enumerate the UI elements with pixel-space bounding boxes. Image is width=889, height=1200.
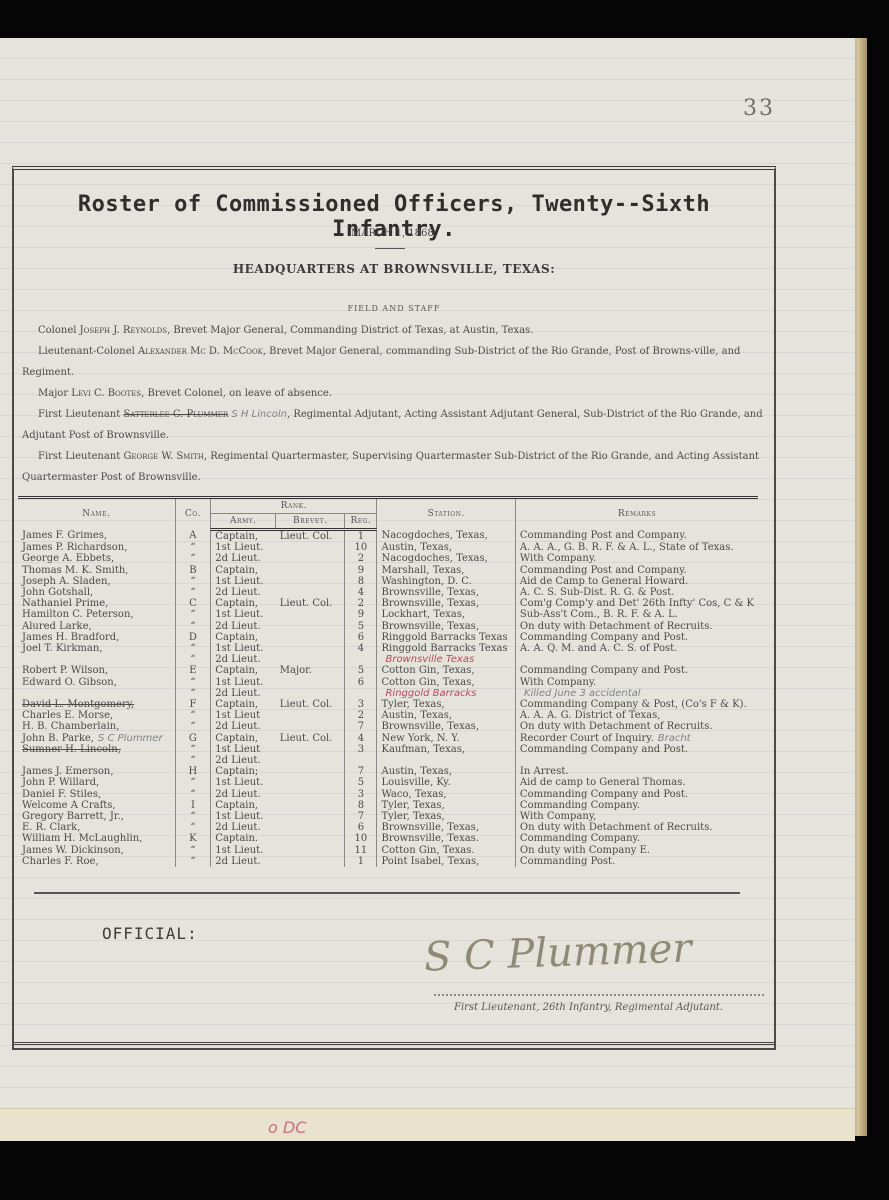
- station-cell: Ringgold Barracks Texas: [377, 632, 515, 643]
- regimental-rank-cell: 4: [345, 643, 377, 654]
- company: I: [191, 800, 195, 811]
- staff-name: Satterlee C. Plummer: [123, 409, 228, 420]
- table-row: Edward O. Gibson,“1st Lieut.6Cotton Gin,…: [18, 677, 758, 688]
- officer-name-cell: H. B. Chamberlain,: [18, 721, 175, 732]
- army-rank-cell: 2d Lieut.: [211, 856, 276, 867]
- table-row: Robert P. Wilson,ECaptain,Major.5Cotton …: [18, 665, 758, 676]
- officer-name: James H. Bradford,: [22, 632, 119, 643]
- company: “: [190, 811, 195, 822]
- company-cell: “: [175, 654, 211, 665]
- station-cell: Tyler, Texas,: [377, 811, 515, 822]
- staff-entry: Lieutenant-Colonel Alexander Mc D. McCoo…: [22, 341, 766, 383]
- station: Brownsville, Texas,: [381, 587, 479, 598]
- regimental-rank: 4: [358, 733, 364, 744]
- brevet-rank-cell: [276, 845, 345, 856]
- army-rank: Captain;: [215, 766, 258, 777]
- regimental-rank-cell: 6: [345, 632, 377, 643]
- remarks: With Company.: [520, 677, 596, 688]
- table-row: James H. Bradford,DCaptain,6Ringgold Bar…: [18, 632, 758, 643]
- staff-rank: First Lieutenant: [38, 451, 120, 462]
- army-rank-cell: Captain,: [211, 733, 276, 744]
- brevet-rank: Lieut. Col.: [280, 699, 333, 710]
- station: Cotton Gin, Texas,: [381, 665, 474, 676]
- army-rank-cell: 1st Lieut.: [211, 845, 276, 856]
- brevet-rank-cell: Lieut. Col.: [276, 598, 345, 609]
- company: C: [189, 598, 197, 609]
- remarks: On duty with Detachment of Recruits.: [520, 721, 713, 732]
- army-rank-cell: 2d Lieut.: [211, 654, 276, 665]
- army-rank: 1st Lieut.: [215, 811, 263, 822]
- handwritten-annotation: S H Lincoln: [231, 409, 287, 420]
- remarks: A. A. A. G. District of Texas,: [520, 710, 661, 721]
- remarks-cell: Commanding Company and Post.: [515, 744, 758, 755]
- officer-name: David L. Montgomery,: [22, 699, 134, 710]
- remarks: A. A. Q. M. and A. C. S. of Post.: [520, 643, 677, 654]
- table-row: James F. Grimes,ACaptain,Lieut. Col.1Nac…: [18, 530, 758, 543]
- company: “: [190, 721, 195, 732]
- regimental-rank-cell: 5: [345, 777, 377, 788]
- staff-rank: Colonel: [38, 325, 76, 336]
- army-rank-cell: 2d Lieut.: [211, 721, 276, 732]
- signature-caption: First Lieutenant, 26th Infantry, Regimen…: [454, 1002, 723, 1013]
- remarks: Sub-Ass't Com., B. R. F. & A. L.: [520, 609, 678, 620]
- regimental-rank: 8: [358, 800, 364, 811]
- regimental-rank: 5: [358, 665, 364, 676]
- remarks: Commanding Post.: [520, 856, 615, 867]
- army-rank-cell: 1st Lieut.: [211, 542, 276, 553]
- remarks-cell: Commanding Post and Company.: [515, 565, 758, 576]
- army-rank: 1st Lieut.: [215, 576, 263, 587]
- staff-name: Levi C. Bootes: [71, 388, 141, 399]
- brevet-rank-cell: [276, 632, 345, 643]
- officer-name-cell: Welcome A Crafts,: [18, 800, 175, 811]
- army-rank-cell: 2d Lieut.: [211, 755, 276, 766]
- remarks-cell: With Company.: [515, 553, 758, 564]
- remarks: With Company.: [520, 553, 596, 564]
- officer-name-cell: Robert P. Wilson,: [18, 665, 175, 676]
- table-row: Hamilton C. Peterson,“1st Lieut.9Lockhar…: [18, 609, 758, 620]
- officer-name-cell: Thomas M. K. Smith,: [18, 565, 175, 576]
- company-cell: “: [175, 755, 211, 766]
- army-rank-cell: 1st Lieut: [211, 744, 276, 755]
- station-cell: Ringgold Barracks Texas: [377, 643, 515, 654]
- station: Austin, Texas,: [381, 766, 452, 777]
- brevet-rank: Lieut. Col.: [280, 598, 333, 609]
- handwritten-annotation: Bracht: [658, 733, 691, 744]
- army-rank: 1st Lieut.: [215, 845, 263, 856]
- table-row: James P. Richardson,“1st Lieut.10Austin,…: [18, 542, 758, 553]
- station-cell: Austin, Texas,: [377, 710, 515, 721]
- station: Tyler, Texas,: [381, 811, 444, 822]
- remarks: Recorder Court of Inquiry.: [520, 733, 654, 744]
- remarks-cell: A. C. S. Sub-Dist. R. G. & Post.: [515, 587, 758, 598]
- army-rank: Captain.: [215, 833, 258, 844]
- company: B: [189, 565, 196, 576]
- officer-name: E. R. Clark,: [22, 822, 80, 833]
- company-cell: K: [175, 833, 211, 844]
- army-rank-cell: 2d Lieut.: [211, 688, 276, 699]
- officer-name: Charles E. Morse,: [22, 710, 113, 721]
- officer-name-cell: James J. Emerson,: [18, 766, 175, 777]
- remarks-cell: With Company,: [515, 811, 758, 822]
- brevet-rank-cell: [276, 800, 345, 811]
- army-rank: 1st Lieut.: [215, 643, 263, 654]
- station: Point Isabel, Texas,: [381, 856, 479, 867]
- company-cell: F: [175, 699, 211, 710]
- officer-name-cell: Daniel F. Stiles,: [18, 789, 175, 800]
- army-rank: Captain,: [215, 733, 258, 744]
- army-rank-cell: 1st Lieut.: [211, 609, 276, 620]
- company-cell: “: [175, 542, 211, 553]
- staff-text: , Brevet Major General, Commanding Distr…: [167, 325, 533, 336]
- company: “: [190, 710, 195, 721]
- officer-name: John Gotshall,: [22, 587, 93, 598]
- brevet-rank: Lieut. Col.: [280, 531, 333, 542]
- company-cell: “: [175, 688, 211, 699]
- army-rank-cell: 2d Lieut.: [211, 587, 276, 598]
- company-cell: “: [175, 643, 211, 654]
- remarks: Commanding Company and Post.: [520, 744, 688, 755]
- field-and-staff-list: Colonel Joseph J. Reynolds, Brevet Major…: [22, 320, 766, 488]
- brevet-rank-cell: [276, 621, 345, 632]
- remarks-cell: On duty with Detachment of Recruits.: [515, 822, 758, 833]
- station: Tyler, Texas,: [381, 800, 444, 811]
- signature: S C Plummer: [423, 925, 692, 980]
- regimental-rank-cell: 1: [345, 856, 377, 867]
- army-rank-cell: 2d Lieut.: [211, 789, 276, 800]
- brevet-rank-cell: [276, 710, 345, 721]
- station-cell: Brownsville, Texas,: [377, 721, 515, 732]
- col-station: Station.: [377, 498, 515, 530]
- officer-name-cell: E. R. Clark,: [18, 822, 175, 833]
- remarks: A. A. A., G. B. R. F. & A. L., State of …: [520, 542, 734, 553]
- regimental-rank-cell: 5: [345, 665, 377, 676]
- regimental-rank: 4: [358, 643, 364, 654]
- brevet-rank-cell: [276, 576, 345, 587]
- brevet-rank-cell: [276, 856, 345, 867]
- station: New York, N. Y.: [381, 733, 459, 744]
- table-row: Joel T. Kirkman,“1st Lieut.4Ringgold Bar…: [18, 643, 758, 654]
- col-rank: Rank.: [211, 498, 377, 514]
- station: Brownsville, Texas,: [381, 621, 479, 632]
- company: “: [190, 587, 195, 598]
- company-cell: H: [175, 766, 211, 777]
- regimental-rank: 7: [358, 811, 364, 822]
- officer-name-cell: Joseph A. Sladen,: [18, 576, 175, 587]
- army-rank: 2d Lieut.: [215, 755, 260, 766]
- remarks-cell: Commanding Company & Post, (Co's F & K).: [515, 699, 758, 710]
- station-cell: Point Isabel, Texas,: [377, 856, 515, 867]
- remarks-cell: Aid de camp to General Thomas.: [515, 777, 758, 788]
- remarks-cell: With Company.: [515, 677, 758, 688]
- station-cell: Tyler, Texas,: [377, 699, 515, 710]
- brevet-rank-cell: [276, 744, 345, 755]
- company-cell: “: [175, 587, 211, 598]
- remarks-cell: A. A. A. G. District of Texas,: [515, 710, 758, 721]
- remarks-cell: Sub-Ass't Com., B. R. F. & A. L.: [515, 609, 758, 620]
- table-row: Alured Larke,“2d Lieut.5Brownsville, Tex…: [18, 621, 758, 632]
- station: Tyler, Texas,: [381, 699, 444, 710]
- station-cell: Brownsville, Texas,: [377, 822, 515, 833]
- officer-name: Daniel F. Stiles,: [22, 789, 101, 800]
- staff-rank: First Lieutenant: [38, 409, 120, 420]
- regimental-rank-cell: 8: [345, 576, 377, 587]
- army-rank: 1st Lieut.: [215, 777, 263, 788]
- regimental-rank: 5: [358, 777, 364, 788]
- brevet-rank-cell: Lieut. Col.: [276, 733, 345, 744]
- remarks-cell: Aid de Camp to General Howard.: [515, 576, 758, 587]
- regimental-rank-cell: 10: [345, 833, 377, 844]
- officer-name-cell: [18, 755, 175, 766]
- regimental-rank-cell: 3: [345, 699, 377, 710]
- army-rank-cell: Captain,: [211, 665, 276, 676]
- col-reg: Reg.: [345, 514, 377, 530]
- roster-body: James F. Grimes,ACaptain,Lieut. Col.1Nac…: [18, 530, 758, 868]
- station: Waco, Texas,: [381, 789, 446, 800]
- officer-name-cell: James W. Dickinson,: [18, 845, 175, 856]
- company: A: [189, 530, 196, 541]
- officer-name-cell: Edward O. Gibson,: [18, 677, 175, 688]
- regimental-rank-cell: 7: [345, 811, 377, 822]
- regimental-rank-cell: 2: [345, 710, 377, 721]
- brevet-rank-cell: [276, 609, 345, 620]
- regimental-rank-cell: [345, 688, 377, 699]
- company: “: [190, 576, 195, 587]
- company-cell: “: [175, 777, 211, 788]
- station-cell: Lockhart, Texas,: [377, 609, 515, 620]
- regimental-rank-cell: 4: [345, 587, 377, 598]
- officer-name: Nathaniel Prime,: [22, 598, 108, 609]
- regimental-rank: 3: [358, 789, 364, 800]
- regimental-rank: 1: [358, 856, 364, 867]
- regimental-rank-cell: 9: [345, 609, 377, 620]
- table-row: E. R. Clark,“2d Lieut.6Brownsville, Texa…: [18, 822, 758, 833]
- company-cell: “: [175, 822, 211, 833]
- station-cell: Ringgold Barracks: [377, 688, 515, 699]
- station-cell: Austin, Texas,: [377, 766, 515, 777]
- page-number: 33: [743, 96, 775, 121]
- officer-name: Welcome A Crafts,: [22, 800, 116, 811]
- station-cell: Washington, D. C.: [377, 576, 515, 587]
- army-rank-cell: 1st Lieut.: [211, 811, 276, 822]
- station: Austin, Texas,: [381, 542, 452, 553]
- officer-name: Sumner H. Lincoln,: [22, 744, 121, 755]
- officer-name: Robert P. Wilson,: [22, 665, 108, 676]
- station-cell: [377, 755, 515, 766]
- army-rank: 1st Lieut: [215, 744, 260, 755]
- col-name: Name.: [18, 498, 175, 530]
- bottom-handwritten-mark: o DC: [268, 1118, 306, 1137]
- regimental-rank-cell: 11: [345, 845, 377, 856]
- army-rank: 2d Lieut.: [215, 822, 260, 833]
- officer-name-cell: John Gotshall,: [18, 587, 175, 598]
- company: “: [190, 677, 195, 688]
- remarks: In Arrest.: [520, 766, 569, 777]
- company: “: [190, 856, 195, 867]
- brevet-rank-cell: [276, 789, 345, 800]
- officer-name-cell: James F. Grimes,: [18, 530, 175, 543]
- station-cell: Nacogdoches, Texas,: [377, 530, 515, 543]
- remarks-cell: Recorder Court of Inquiry.Bracht: [515, 733, 758, 744]
- officer-name-cell: Joel T. Kirkman,: [18, 643, 175, 654]
- regimental-rank-cell: [345, 755, 377, 766]
- company-cell: A: [175, 530, 211, 543]
- army-rank-cell: Captain,: [211, 800, 276, 811]
- brevet-rank: Major.: [280, 665, 312, 676]
- remarks: Commanding Company & Post, (Co's F & K).: [520, 699, 747, 710]
- staff-entry: Major Levi C. Bootes, Brevet Colonel, on…: [22, 383, 766, 404]
- officer-name: Charles F. Roe,: [22, 856, 99, 867]
- station-cell: Brownsville, Texas,: [377, 587, 515, 598]
- army-rank: 2d Lieut.: [215, 587, 260, 598]
- army-rank: 1st Lieut.: [215, 609, 263, 620]
- handwritten-annotation: Killed June 3 accidental: [524, 688, 641, 699]
- company-cell: E: [175, 665, 211, 676]
- station-cell: New York, N. Y.: [377, 733, 515, 744]
- officer-name: James W. Dickinson,: [22, 845, 124, 856]
- regimental-rank: 6: [358, 822, 364, 833]
- table-row: Joseph A. Sladen,“1st Lieut.8Washington,…: [18, 576, 758, 587]
- table-row: “2d Lieut.: [18, 755, 758, 766]
- officer-name-cell: James H. Bradford,: [18, 632, 175, 643]
- officer-name: Edward O. Gibson,: [22, 677, 117, 688]
- station-cell: Brownsville, Texas.: [377, 833, 515, 844]
- officer-name: George A. Ebbets,: [22, 553, 114, 564]
- station-cell: Nacogdoches, Texas,: [377, 553, 515, 564]
- officer-name: Joseph A. Sladen,: [22, 576, 111, 587]
- regimental-rank-cell: 8: [345, 800, 377, 811]
- company-cell: “: [175, 576, 211, 587]
- station: Austin, Texas,: [381, 710, 452, 721]
- regimental-rank: 10: [355, 833, 368, 844]
- company: D: [189, 632, 197, 643]
- remarks: Aid de camp to General Thomas.: [520, 777, 686, 788]
- regimental-rank: 9: [358, 609, 364, 620]
- station: Lockhart, Texas,: [381, 609, 465, 620]
- station-cell: Brownsville Texas: [377, 654, 515, 665]
- staff-name: George W. Smith: [123, 451, 203, 462]
- company-cell: “: [175, 609, 211, 620]
- officer-name: Joel T. Kirkman,: [22, 643, 102, 654]
- army-rank: Captain,: [215, 665, 258, 676]
- regimental-rank: 2: [358, 710, 364, 721]
- army-rank-cell: 1st Lieut: [211, 710, 276, 721]
- brevet-rank-cell: [276, 833, 345, 844]
- table-row: Charles E. Morse,“1st Lieut2Austin, Texa…: [18, 710, 758, 721]
- army-rank: 2d Lieut.: [215, 654, 260, 665]
- regimental-rank-cell: 9: [345, 565, 377, 576]
- company: “: [190, 609, 195, 620]
- station-cell: Tyler, Texas,: [377, 800, 515, 811]
- regimental-rank: 8: [358, 576, 364, 587]
- remarks: Commanding Company and Post.: [520, 665, 688, 676]
- officer-name: William H. McLaughlin,: [22, 833, 142, 844]
- regimental-rank-cell: 7: [345, 721, 377, 732]
- officer-name-cell: John P. Willard,: [18, 777, 175, 788]
- army-rank: 1st Lieut.: [215, 677, 263, 688]
- regimental-rank-cell: 3: [345, 789, 377, 800]
- brevet-rank-cell: [276, 822, 345, 833]
- remarks-cell: Commanding Post.: [515, 856, 758, 867]
- table-row: George A. Ebbets,“2d Lieut.2Nacogdoches,…: [18, 553, 758, 564]
- company: “: [190, 789, 195, 800]
- officer-name-cell: Charles E. Morse,: [18, 710, 175, 721]
- station: Kaufman, Texas,: [381, 744, 465, 755]
- staff-entry: First Lieutenant Satterlee C. Plummer S …: [22, 404, 766, 446]
- army-rank: 2d Lieut.: [215, 856, 260, 867]
- table-row: Thomas M. K. Smith,BCaptain,9Marshall, T…: [18, 565, 758, 576]
- regimental-rank: 6: [358, 632, 364, 643]
- army-rank: 2d Lieut.: [215, 621, 260, 632]
- brevet-rank-cell: [276, 777, 345, 788]
- roster-date: MARCH 1, 1868.: [14, 228, 774, 239]
- regimental-rank-cell: 4: [345, 733, 377, 744]
- station-cell: Louisville, Ky.: [377, 777, 515, 788]
- remarks: Commanding Post and Company.: [520, 565, 687, 576]
- company: F: [189, 699, 196, 710]
- remarks: On duty with Detachment of Recruits.: [520, 621, 713, 632]
- col-remarks: Remarks: [515, 498, 758, 530]
- brevet-rank-cell: [276, 542, 345, 553]
- company: “: [190, 643, 195, 654]
- remarks-cell: On duty with Detachment of Recruits.: [515, 621, 758, 632]
- army-rank-cell: Captain;: [211, 766, 276, 777]
- officer-name: Gregory Barrett, Jr.,: [22, 811, 124, 822]
- headquarters-heading: HEADQUARTERS AT BROWNSVILLE, TEXAS:: [14, 262, 774, 276]
- officer-name-cell: William H. McLaughlin,: [18, 833, 175, 844]
- officer-name: James J. Emerson,: [22, 766, 114, 777]
- regimental-rank-cell: 2: [345, 598, 377, 609]
- table-row: H. B. Chamberlain,“2d Lieut.7Brownsville…: [18, 721, 758, 732]
- remarks-cell: Commanding Post and Company.: [515, 530, 758, 543]
- company-cell: “: [175, 845, 211, 856]
- remarks-cell: In Arrest.: [515, 766, 758, 777]
- company: “: [190, 845, 195, 856]
- company: “: [190, 688, 195, 699]
- company-cell: “: [175, 811, 211, 822]
- regimental-rank-cell: 3: [345, 744, 377, 755]
- table-row: Daniel F. Stiles,“2d Lieut.3Waco, Texas,…: [18, 789, 758, 800]
- company: “: [190, 755, 195, 766]
- company-cell: “: [175, 677, 211, 688]
- remarks: With Company,: [520, 811, 596, 822]
- station-cell: Kaufman, Texas,: [377, 744, 515, 755]
- handwritten-annotation: S C Plummer: [98, 733, 163, 744]
- brevet-rank-cell: [276, 553, 345, 564]
- regimental-rank: 11: [355, 845, 368, 856]
- officer-name: James P. Richardson,: [22, 542, 127, 553]
- table-row: James J. Emerson,HCaptain;7Austin, Texas…: [18, 766, 758, 777]
- company: “: [190, 553, 195, 564]
- army-rank-cell: 1st Lieut.: [211, 677, 276, 688]
- station: Cotton Gin, Texas,: [381, 677, 474, 688]
- remarks: Commanding Company and Post.: [520, 632, 688, 643]
- army-rank: 2d Lieut.: [215, 721, 260, 732]
- table-row: Sumner H. Lincoln,“1st Lieut3Kaufman, Te…: [18, 744, 758, 755]
- army-rank: Captain,: [215, 699, 258, 710]
- station: Brownsville, Texas,: [381, 598, 479, 609]
- handwritten-annotation: Ringgold Barracks: [385, 688, 476, 699]
- table-row: John P. Willard,“1st Lieut.5Louisville, …: [18, 777, 758, 788]
- station: Nacogdoches, Texas,: [381, 530, 487, 541]
- officer-name-cell: [18, 654, 175, 665]
- company: K: [189, 833, 196, 844]
- page-edge: [857, 38, 867, 1136]
- company: “: [190, 744, 195, 755]
- regimental-rank-cell: 5: [345, 621, 377, 632]
- remarks-cell: Commanding Company.: [515, 833, 758, 844]
- station-cell: Cotton Gin, Texas.: [377, 845, 515, 856]
